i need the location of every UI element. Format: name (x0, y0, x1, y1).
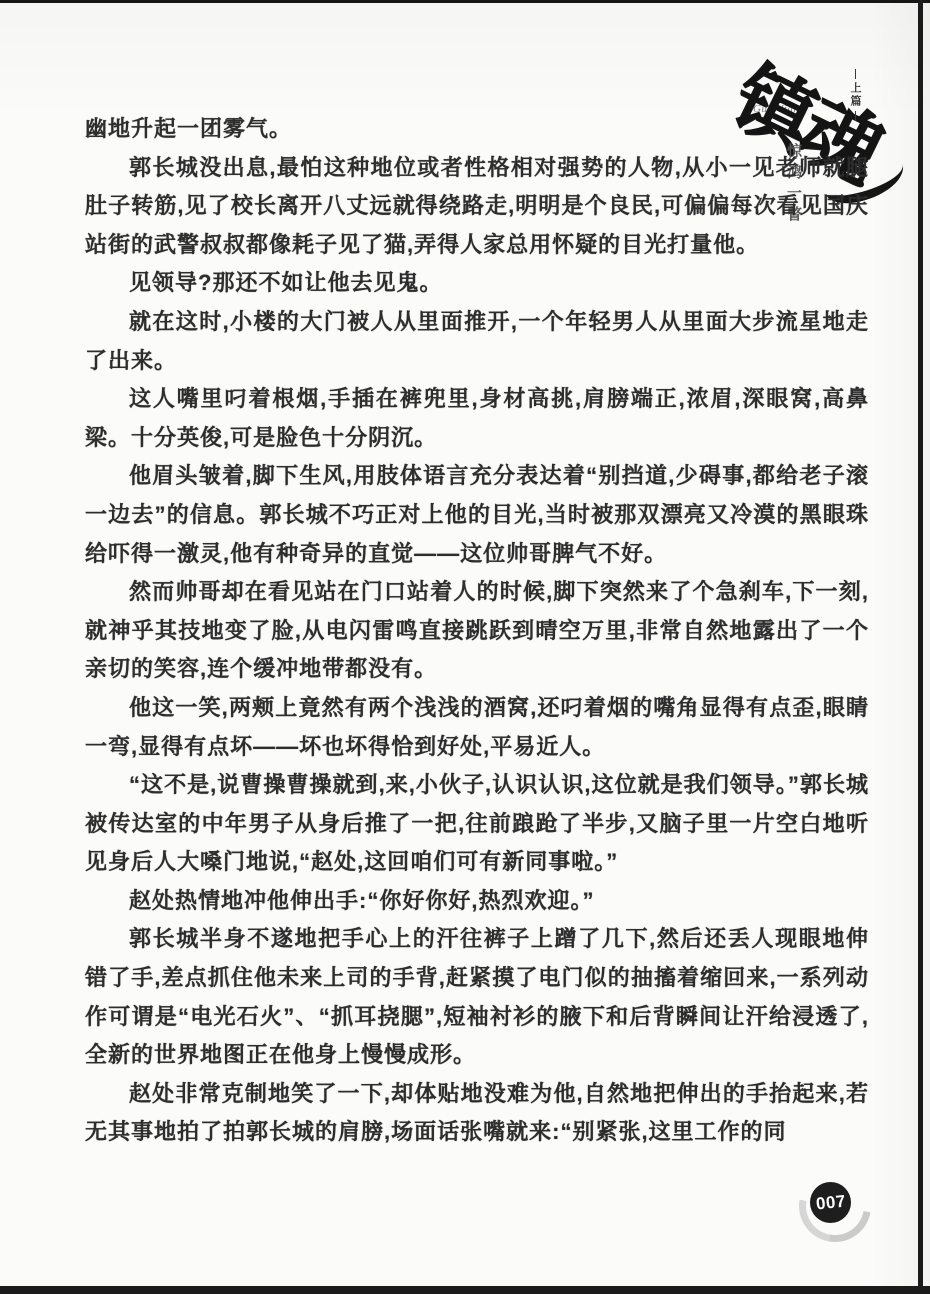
paragraph: “这不是,说曹操曹操就到,来,小伙子,认识认识,这位就是我们领导。”郭长城被传达… (85, 766, 869, 882)
page-number-badge: 007 (810, 1182, 851, 1223)
scan-edge-top (0, 0, 930, 3)
paragraph: 见领导?那还不如让他去见鬼。 (85, 264, 869, 303)
page-number: 007 (815, 1191, 847, 1214)
paragraph: 他眉头皱着,脚下生风,用肢体语言充分表达着“别挡道,少碍事,都给老子滚一边去”的… (85, 457, 869, 573)
paragraph: 就在这时,小楼的大门被人从里面推开,一个年轻男人从里面大步流星地走了出来。 (85, 303, 869, 380)
paragraph: 然而帅哥却在看见站在门口站着人的时候,脚下突然来了个急刹车,下一刻,就神乎其技地… (85, 573, 869, 689)
part-label-text: 上篇 (847, 82, 863, 108)
paragraph: 赵处非常克制地笑了一下,却体贴地没难为他,自然地把伸出的手抬起来,若无其事地拍了… (85, 1075, 869, 1152)
paragraph: 郭长城没出息,最怕这种地位或者性格相对强势的人物,从小一见老师就腿肚子转筋,见了… (85, 149, 869, 265)
scan-edge-bottom (0, 1286, 930, 1294)
page-body-text: 幽地升起一团雾气。 郭长城没出息,最怕这种地位或者性格相对强势的人物,从小一见老… (85, 110, 869, 1152)
paragraph: 这人嘴里叼着根烟,手插在裤兜里,身材高挑,肩膀端正,浓眉,深眼窝,高鼻梁。十分英… (85, 380, 869, 457)
scan-edge-right (918, 0, 923, 1294)
paragraph: 幽地升起一团雾气。 (85, 110, 869, 149)
part-label-rule-top (855, 69, 856, 79)
paragraph: 赵处热情地冲他伸出手:“你好你好,热烈欢迎。” (85, 882, 869, 921)
paragraph: 郭长城半身不遂地把手心上的汗往裤子上蹭了几下,然后还丢人现眼地伸错了手,差点抓住… (85, 920, 869, 1074)
paragraph: 他这一笑,两颊上竟然有两个浅浅的酒窝,还叼着烟的嘴角显得有点歪,眼睛一弯,显得有… (85, 689, 869, 766)
